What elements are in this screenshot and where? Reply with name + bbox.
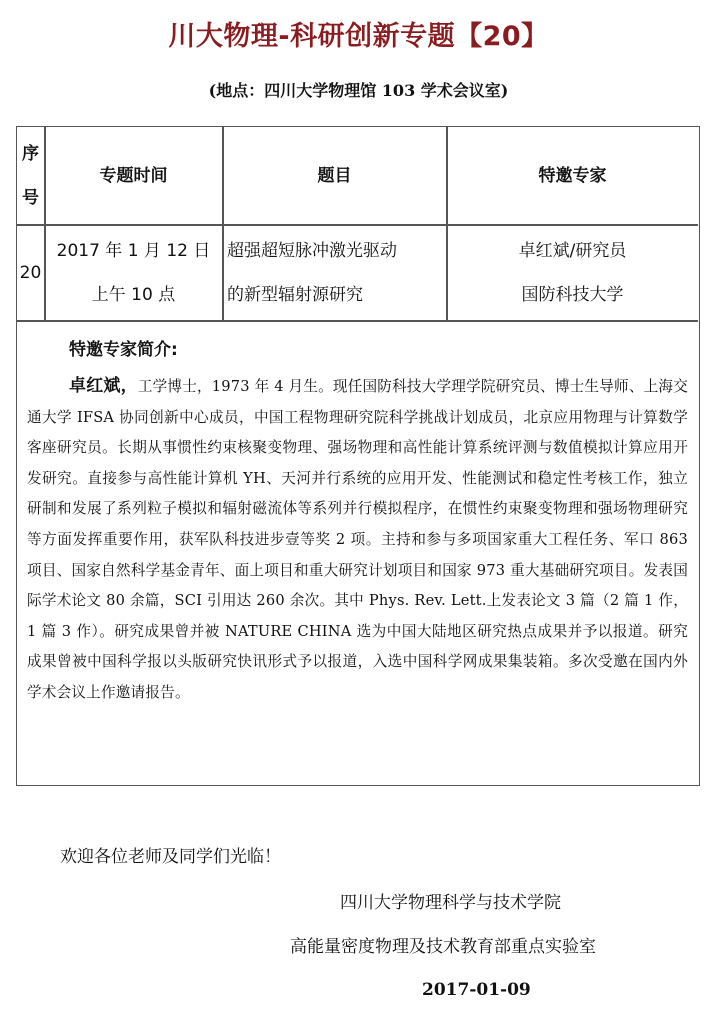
header-expert: 特邀专家 xyxy=(447,127,698,224)
row-time: 2017 年 1 月 12 日 上午 10 点 xyxy=(45,225,222,320)
header-seq-line2: 号 xyxy=(22,176,39,220)
issue-date: 2017-01-09 xyxy=(422,980,531,1000)
location-text: (地点：四川大学物理馆 103 学术会议室) xyxy=(0,78,717,101)
header-expert-label: 特邀专家 xyxy=(539,154,607,198)
seq-value: 20 xyxy=(20,251,42,295)
header-time-label: 专题时间 xyxy=(100,154,168,198)
header-topic: 题目 xyxy=(223,127,446,224)
expert-intro: 特邀专家简介: 卓红斌，工学博士，1973 年 4 月生。现任国防科技大学理学院… xyxy=(17,323,698,709)
topic-line2: 的新型辐射源研究 xyxy=(227,273,363,317)
header-time: 专题时间 xyxy=(45,127,222,224)
time-hour: 上午 10 点 xyxy=(92,273,175,317)
row-expert: 卓红斌/研究员 国防科技大学 xyxy=(447,225,698,320)
header-seq-line1: 序 xyxy=(22,132,39,176)
row-divider xyxy=(17,320,698,322)
expert-name: 卓红斌/研究员 xyxy=(519,229,627,273)
page-title: 川大物理-科研创新专题【20】 xyxy=(0,14,717,53)
time-date: 2017 年 1 月 12 日 xyxy=(57,229,211,273)
bio-text: 工学博士，1973 年 4 月生。现任国防科技大学理学院研究员、博士生导师、上海… xyxy=(27,378,688,701)
organizer-lab: 高能量密度物理及技术教育部重点实验室 xyxy=(290,932,596,957)
welcome-text: 欢迎各位老师及同学们光临！ xyxy=(60,842,281,867)
organizer-school: 四川大学物理科学与技术学院 xyxy=(340,888,561,913)
header-seq: 序 号 xyxy=(17,127,44,224)
expert-bio: 卓红斌，工学博士，1973 年 4 月生。现任国防科技大学理学院研究员、博士生导… xyxy=(27,371,688,709)
bio-name: 卓红斌， xyxy=(69,376,138,396)
seminar-table: 序 号 专题时间 题目 特邀专家 20 2017 年 1 月 12 日 上午 1… xyxy=(16,126,700,786)
expert-affiliation: 国防科技大学 xyxy=(522,273,624,317)
row-seq: 20 xyxy=(17,225,44,320)
topic-line1: 超强超短脉冲激光驱动 xyxy=(227,229,397,273)
intro-heading: 特邀专家简介: xyxy=(69,335,688,365)
row-topic: 超强超短脉冲激光驱动 的新型辐射源研究 xyxy=(223,225,446,320)
header-topic-label: 题目 xyxy=(318,154,352,198)
